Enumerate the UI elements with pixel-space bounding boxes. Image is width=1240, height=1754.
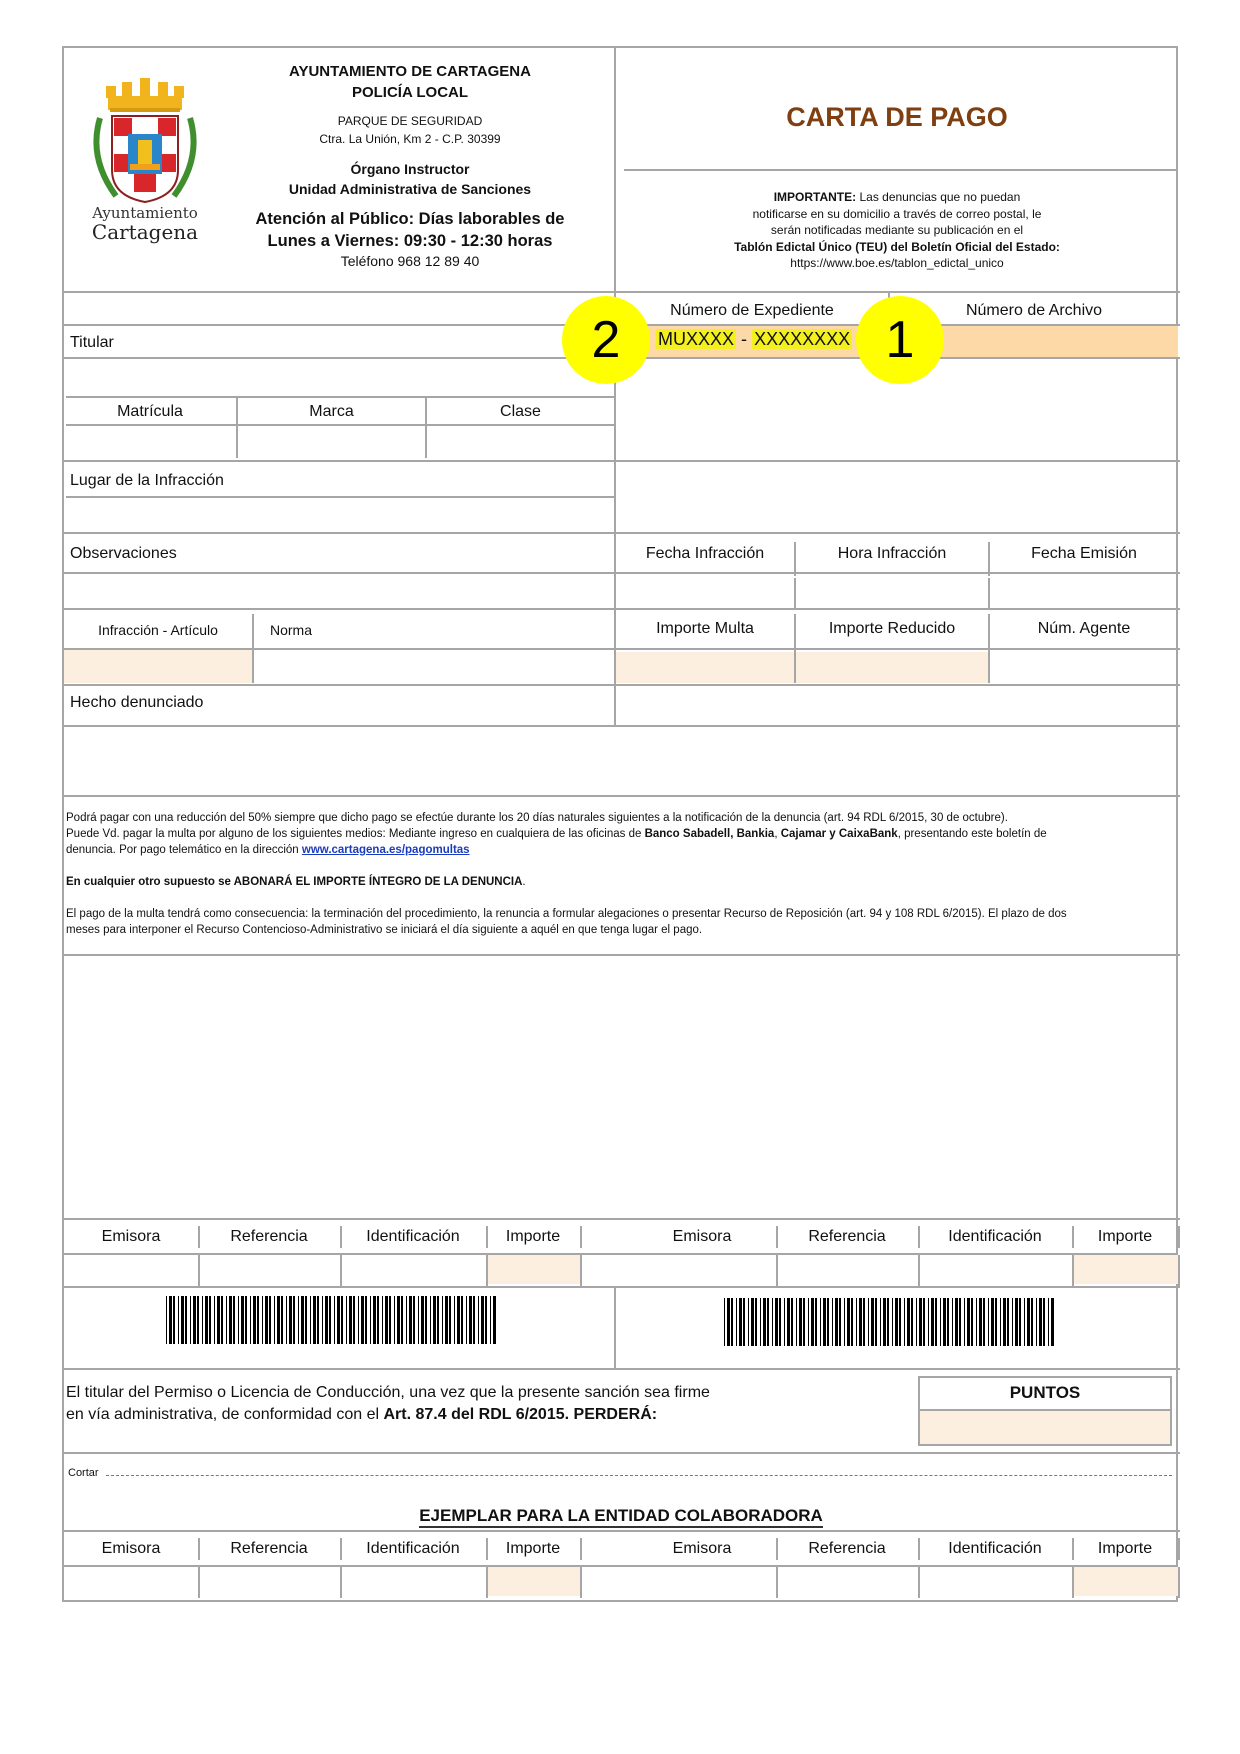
legal-payment-text-end: , presentando este boletín de [898,828,1047,840]
public-hours-line-2: Lunes a Viernes: 09:30 - 12:30 horas [240,232,580,251]
legal-online-payment: denuncia. Por pago telemático en la dire… [66,842,470,858]
fecha-emision-field[interactable] [990,574,1178,608]
cell-divider [918,1567,920,1598]
cell-divider [580,1226,582,1248]
table-cell-identificación[interactable] [920,1567,1072,1596]
num-agente-label: Núm. Agente [990,620,1178,638]
table-cell-referencia[interactable] [200,1567,340,1596]
address-line-2: Ctra. La Unión, Km 2 - C.P. 30399 [240,132,580,146]
table-header-emisora: Emisora [628,1540,776,1558]
points-box: PUNTOS [918,1376,1172,1446]
cell-divider [340,1538,342,1560]
legal-reduction: Podrá pagar con una reducción del 50% si… [66,810,1008,826]
cell-divider [252,614,254,648]
logo-word-cartagena: Cartagena [82,220,208,244]
public-hours-line-1: Atención al Público: Días laborables de [240,210,580,229]
legal-online-text: denuncia. Por pago telemático en la dire… [66,844,302,856]
cell-divider [580,1538,582,1560]
importe-reducido-label: Importe Reducido [796,620,988,638]
table-cell-identificación[interactable] [342,1567,486,1596]
cell-divider [1072,1255,1074,1286]
titular-field[interactable] [64,359,612,395]
table-cell-importe[interactable] [1074,1255,1178,1284]
notice-lead: IMPORTANTE: [774,190,856,204]
num-agente-field[interactable] [990,650,1178,683]
table-cell-referencia[interactable] [200,1255,340,1284]
expediente-separator: - [741,329,747,349]
cut-label: Cortar [68,1467,99,1479]
hecho-field[interactable] [64,727,1178,795]
lugar-label: Lugar de la Infracción [70,472,224,490]
cell-divider [918,1226,920,1248]
table-header-identificación: Identificación [340,1540,486,1558]
cell-divider [580,1567,582,1598]
table-header-importe: Importe [486,1540,580,1558]
expediente-prefix: MUXXXX [656,329,736,349]
table-header-referencia: Referencia [198,1540,340,1558]
row-line [62,608,1180,610]
expediente-number-field[interactable]: MUXXXX - XXXXXXXX [656,329,852,350]
importe-multa-label: Importe Multa [616,620,794,638]
cell-divider [1072,1226,1074,1248]
city-logo: Ayuntamiento Cartagena [86,78,204,248]
fecha-infraccion-label: Fecha Infracción [616,545,794,563]
observaciones-label: Observaciones [70,545,177,563]
cell-divider [486,1255,488,1286]
org-name: AYUNTAMIENTO DE CARTAGENA [240,63,580,80]
row-line [64,1253,1178,1255]
importe-reducido-field[interactable] [796,652,988,683]
notice-line-2: notificarse en su domicilio a través de … [616,206,1178,223]
table-header-identificación: Identificación [918,1540,1072,1558]
titular-label: Titular [70,334,114,352]
column-divider [614,1288,616,1368]
cell-divider [340,1226,342,1248]
row-line [62,1452,1180,1454]
cell-divider [486,1567,488,1598]
lugar-field[interactable] [66,498,614,532]
table-cell-referencia[interactable] [778,1567,918,1596]
cell-divider [1178,1567,1180,1598]
points-article: Art. 87.4 del RDL 6/2015. PERDERÁ: [384,1406,658,1423]
cell-divider [198,1226,200,1248]
cell-divider [340,1255,342,1286]
table-cell-importe[interactable] [488,1567,580,1596]
instructor-unit: Unidad Administrativa de Sanciones [240,181,580,197]
row-line [62,1218,1180,1220]
cell-divider [198,1255,200,1286]
expediente-label: Número de Expediente [616,302,888,320]
table-cell-importe[interactable] [488,1255,580,1284]
table-header-referencia: Referencia [776,1540,918,1558]
cell-divider [776,1255,778,1286]
payment-link[interactable]: www.cartagena.es/pagomultas [302,844,470,856]
table-cell-emisora[interactable] [630,1567,776,1596]
table-header-referencia: Referencia [198,1228,340,1246]
marca-field[interactable] [238,426,425,458]
header-bottom-line [62,291,1180,293]
cell-divider [340,1567,342,1598]
cell-divider [486,1226,488,1248]
legal-payment-text: Puede Vd. pagar la multa por alguno de l… [66,828,645,840]
row-line [62,1286,1180,1288]
importe-multa-field[interactable] [616,652,794,683]
matricula-label: Matrícula [64,403,236,421]
cell-divider [1178,1538,1180,1560]
entity-copy-title-text: EJEMPLAR PARA LA ENTIDAD COLABORADORA [419,1506,823,1528]
title-underline [624,169,1176,171]
cell-divider [776,1538,778,1560]
cell-divider [794,614,796,648]
expediente-number: XXXXXXXX [752,329,852,349]
hora-infraccion-label: Hora Infracción [796,545,988,563]
notice-line-1: Las denuncias que no puedan [856,190,1020,204]
points-label: PUNTOS [920,1378,1170,1411]
cell-divider [794,542,796,576]
barcode-left [166,1296,506,1344]
cell-divider [776,1226,778,1248]
table-cell-referencia[interactable] [778,1255,918,1284]
table-header-identificación: Identificación [340,1228,486,1246]
table-header-emisora: Emisora [64,1540,198,1558]
cell-divider [988,542,990,576]
clase-field[interactable] [427,426,614,458]
observaciones-field[interactable] [64,574,614,608]
infraccion-articulo-field[interactable] [64,650,252,683]
table-header-emisora: Emisora [628,1228,776,1246]
fecha-emision-label: Fecha Emisión [990,545,1178,563]
row-line [64,1565,1178,1567]
barcode-right [724,1298,1064,1346]
hecho-label: Hecho denunciado [70,694,203,712]
cell-divider [1178,1255,1180,1286]
notice-line-4: Tablón Edictal Único (TEU) del Boletín O… [616,239,1178,256]
norma-field[interactable] [254,650,614,683]
table-header-identificación: Identificación [918,1228,1072,1246]
notice-url[interactable]: https://www.boe.es/tablon_edictal_unico [616,255,1178,272]
table-header-importe: Importe [1072,1540,1178,1558]
row-line [62,532,1180,534]
table-header-referencia: Referencia [776,1228,918,1246]
legal-consequences-1: El pago de la multa tendrá como consecue… [66,906,1067,922]
fecha-infraccion-field[interactable] [616,574,794,608]
notice-line-3: serán notificadas mediante su publicació… [616,222,1178,239]
legal-full-amount-bold: En cualquier otro supuesto se ABONARÁ EL… [66,876,522,888]
table-cell-identificación[interactable] [920,1255,1072,1284]
cell-divider [1072,1567,1074,1598]
table-header-emisora: Emisora [64,1228,198,1246]
instructor-title: Órgano Instructor [240,161,580,177]
phone-number: Teléfono 968 12 89 40 [240,253,580,269]
row-line [62,795,1180,797]
table-header-importe: Importe [486,1228,580,1246]
matricula-field[interactable] [66,426,236,458]
entity-copy-title: EJEMPLAR PARA LA ENTIDAD COLABORADORA [62,1506,1180,1526]
table-header-importe: Importe [1072,1228,1178,1246]
cell-divider [580,1255,582,1286]
cell-divider [918,1255,920,1286]
blank-area [64,956,1178,1218]
legal-consequences-2: meses para interponer el Recurso Contenc… [66,922,702,938]
norma-label: Norma [270,622,312,638]
cell-divider [988,614,990,648]
legal-banks-1: Banco Sabadell, Bankia [645,828,775,840]
table-cell-emisora[interactable] [630,1255,776,1284]
row-line [64,460,614,462]
org-department: POLICÍA LOCAL [240,84,580,101]
row-line [616,460,1180,462]
cell-divider [198,1538,200,1560]
address-line-1: PARQUE DE SEGURIDAD [240,114,580,128]
row-line [66,396,614,398]
marca-label: Marca [238,403,425,421]
table-cell-emisora[interactable] [66,1255,198,1284]
infraccion-articulo-label: Infracción - Artículo [64,622,252,638]
cell-divider [1072,1538,1074,1560]
cell-divider [776,1567,778,1598]
cell-divider [198,1567,200,1598]
coat-of-arms-icon [86,78,204,208]
cell-divider [918,1538,920,1560]
table-cell-importe[interactable] [1074,1567,1178,1596]
cell-divider [1178,1226,1180,1248]
notice-block: IMPORTANTE: Las denuncias que no puedan … [616,189,1178,272]
legal-full-amount-end: . [522,876,525,888]
legal-banks-2: Cajamar y CaixaBank [781,828,898,840]
annotation-badge-1: 1 [856,296,944,384]
clase-label: Clase [427,403,614,421]
row-line [62,684,1180,686]
table-cell-emisora[interactable] [66,1567,198,1596]
legal-payment-methods: Puede Vd. pagar la multa por alguno de l… [66,826,1047,842]
points-value-field[interactable] [920,1411,1170,1444]
hora-infraccion-field[interactable] [796,574,988,608]
points-text-line-2: en vía administrativa, de conformidad co… [66,1406,384,1423]
archivo-number-field[interactable] [930,326,1170,357]
table-cell-identificación[interactable] [342,1255,486,1284]
cut-line [106,1475,1172,1476]
row-line [62,1368,1180,1370]
page-title: CARTA DE PAGO [616,102,1178,133]
cell-divider [486,1538,488,1560]
row-line [62,1530,1180,1532]
points-text: El titular del Permiso o Licencia de Con… [66,1382,710,1426]
points-text-line-1: El titular del Permiso o Licencia de Con… [66,1382,710,1404]
legal-full-amount: En cualquier otro supuesto se ABONARÁ EL… [66,874,526,890]
